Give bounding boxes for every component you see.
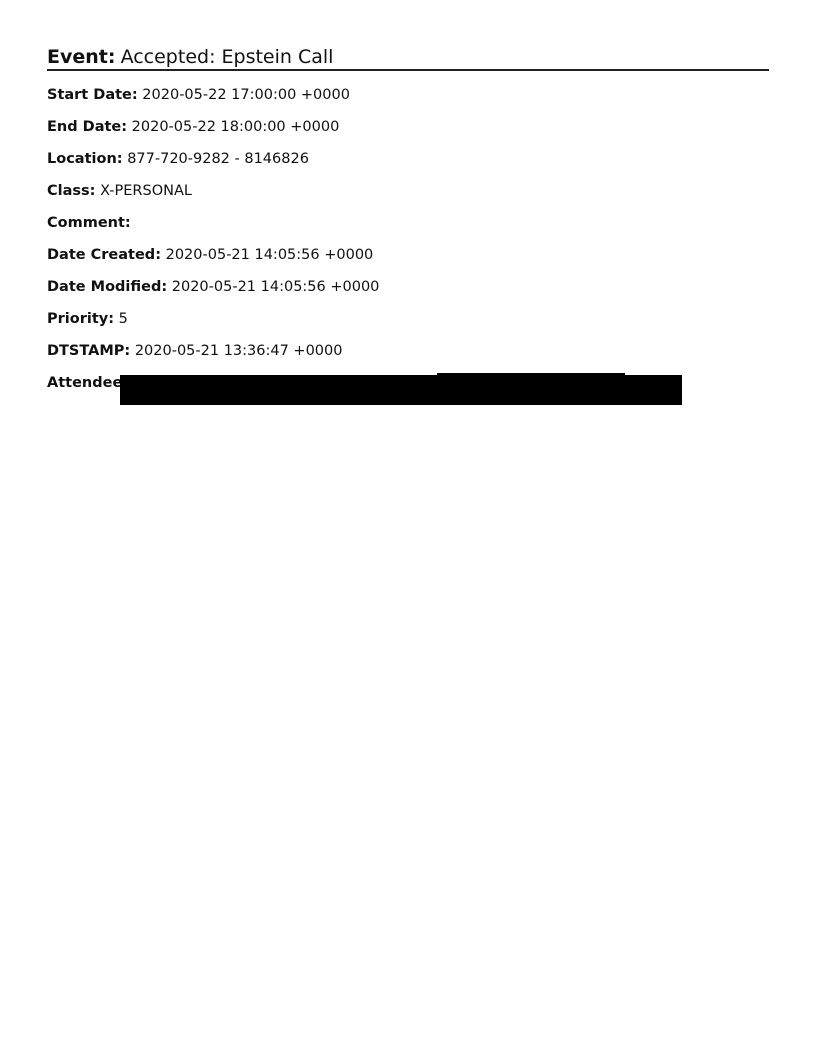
location-field: Location: 877-720-9282 - 8146826	[47, 151, 309, 167]
attendee-field: Attendee	[47, 375, 122, 391]
field-value: 2020-05-21 14:05:56 +0000	[166, 247, 374, 263]
field-value: 2020-05-21 14:05:56 +0000	[172, 279, 380, 295]
end-date-field: End Date: 2020-05-22 18:00:00 +0000	[47, 119, 339, 135]
comment-field: Comment:	[47, 215, 131, 231]
field-value: 2020-05-22 17:00:00 +0000	[142, 87, 350, 103]
redaction-block	[120, 375, 682, 405]
redaction-block-top	[437, 373, 625, 377]
event-label: Event:	[47, 46, 115, 68]
field-label: Date Modified:	[47, 279, 167, 295]
priority-field: Priority: 5	[47, 311, 128, 327]
field-label: Date Created:	[47, 247, 161, 263]
field-value: X-PERSONAL	[100, 183, 192, 199]
field-value: 2020-05-21 13:36:47 +0000	[135, 343, 343, 359]
start-date-field: Start Date: 2020-05-22 17:00:00 +0000	[47, 87, 350, 103]
field-label: Comment:	[47, 215, 131, 231]
class-field: Class: X-PERSONAL	[47, 183, 192, 199]
field-value: 2020-05-22 18:00:00 +0000	[132, 119, 340, 135]
field-label: Attendee	[47, 375, 122, 391]
event-value: Accepted: Epstein Call	[121, 46, 334, 68]
date-modified-field: Date Modified: 2020-05-21 14:05:56 +0000	[47, 279, 379, 295]
field-value: 877-720-9282 - 8146826	[127, 151, 309, 167]
date-created-field: Date Created: 2020-05-21 14:05:56 +0000	[47, 247, 373, 263]
field-label: DTSTAMP:	[47, 343, 130, 359]
event-title: Event: Accepted: Epstein Call	[47, 46, 769, 71]
field-label: Class:	[47, 183, 95, 199]
field-label: Location:	[47, 151, 123, 167]
field-value: 5	[119, 311, 128, 327]
field-label: Priority:	[47, 311, 114, 327]
field-label: Start Date:	[47, 87, 138, 103]
dtstamp-field: DTSTAMP: 2020-05-21 13:36:47 +0000	[47, 343, 343, 359]
field-label: End Date:	[47, 119, 127, 135]
